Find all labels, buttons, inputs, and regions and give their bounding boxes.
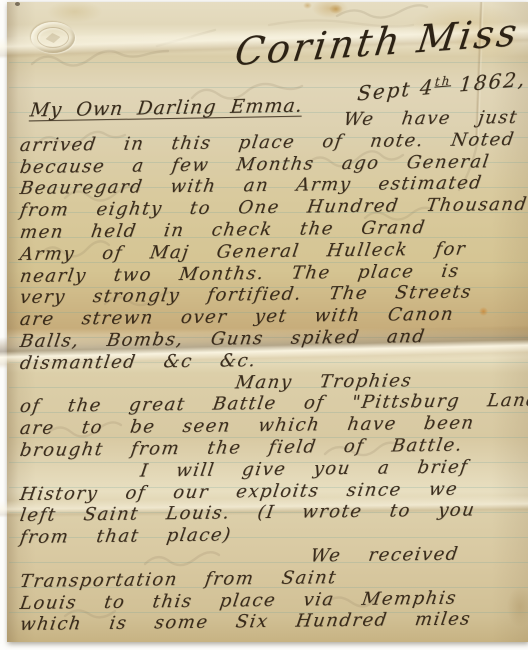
date-day: Sept 4 [356, 75, 435, 106]
letter-page: Corinth Miss Sept 4th 1862, My Own Darli… [7, 2, 528, 642]
scan-background: Corinth Miss Sept 4th 1862, My Own Darli… [0, 0, 528, 650]
letter-line: which is some Six Hundred miles [18, 608, 527, 636]
stain-spot [303, 2, 312, 9]
stain-spot [329, 4, 343, 14]
ink-speck [15, 2, 20, 6]
letter-body: We have justarrived in this place of not… [20, 113, 525, 636]
date-ordinal-suffix: th [434, 73, 452, 89]
embossed-seal-icon [31, 22, 75, 53]
letter-place-heading: Corinth Miss [232, 10, 522, 74]
letter-date: Sept 4th 1862, [356, 66, 527, 105]
date-year: 1862, [450, 66, 527, 97]
